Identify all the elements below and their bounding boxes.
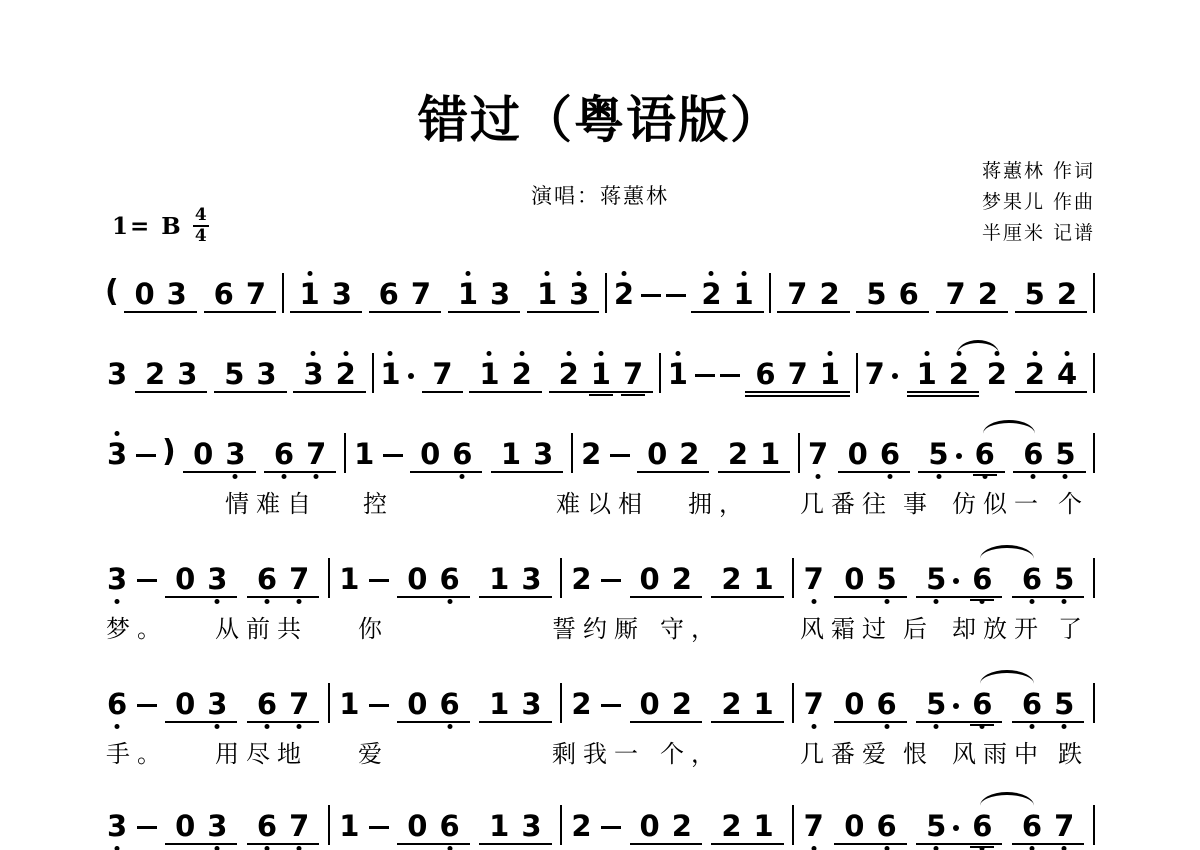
lyrics-line: 梦。从前共你誓约厮守，风霜过后却放开了 (0, 613, 1200, 647)
lyric-syllable: 情难自 (225, 488, 318, 520)
note-digit: 6 (257, 689, 277, 719)
note: 7 (304, 439, 328, 469)
note-digit: 0 (844, 689, 864, 719)
note-digit: 1 (339, 811, 359, 841)
note: 1 (499, 439, 523, 469)
note-digit: 5 (866, 279, 886, 309)
music-line: 323533217122171671712224 (105, 353, 1095, 393)
lyric-syllable: 拥， (688, 488, 750, 520)
beam-group: 13 (290, 279, 362, 313)
note-digit: 1 (734, 279, 754, 309)
note-digit: 0 (848, 439, 868, 469)
augmentation-dot (953, 703, 959, 709)
beam-group: 72 (936, 279, 1008, 313)
note-digit: 3 (107, 359, 127, 389)
note: 2 (699, 279, 723, 309)
duration-dash (137, 826, 157, 829)
note: 2 (947, 359, 971, 389)
high-octave-dot (1065, 351, 1070, 356)
lyric-syllable: 难以相 (556, 488, 649, 520)
high-octave-dot (465, 271, 470, 276)
note-digit: 6 (257, 564, 277, 594)
note: 1 (535, 279, 559, 309)
duration-dash (369, 826, 389, 829)
note-digit: 1 (300, 279, 320, 309)
lyric-syllable: 你 (358, 613, 389, 645)
beam-group: 13 (479, 811, 551, 845)
note-digit: 6 (257, 811, 277, 841)
note-digit: 2 (949, 359, 969, 389)
lyric-syllable: 梦。 (106, 613, 168, 645)
note: 2 (817, 279, 841, 309)
note-digit: 2 (728, 439, 748, 469)
duration-dash (666, 294, 686, 297)
note-digit: 3 (303, 359, 323, 389)
note: 7 (244, 279, 268, 309)
note-digit: 3 (207, 564, 227, 594)
note: 6 (970, 811, 994, 841)
beam-group: 65 (1013, 439, 1085, 473)
note: 2 (976, 279, 1000, 309)
note-digit: 7 (411, 279, 431, 309)
note: 0 (842, 564, 866, 594)
note: 0 (418, 439, 442, 469)
note: 3 (301, 359, 325, 389)
augmentation-dot (408, 373, 414, 379)
note-digit: 2 (721, 811, 741, 841)
note-digit: 2 (571, 689, 591, 719)
note-digit: 1 (489, 689, 509, 719)
low-octave-dot (934, 724, 939, 729)
note: 5 (1052, 564, 1076, 594)
note-digit: 6 (1022, 689, 1042, 719)
barline (560, 558, 562, 598)
note: 7 (786, 359, 810, 389)
note-digit: 5 (224, 359, 244, 389)
credit-lyricist: 蒋蕙林 作词 (982, 156, 1095, 187)
note: 3 (205, 564, 229, 594)
beam-group: 03 (165, 811, 237, 845)
note-digit: 7 (306, 439, 326, 469)
note: 1 (352, 439, 376, 473)
duration-dash (720, 374, 740, 377)
note: 6 (1020, 811, 1044, 841)
note-digit: 6 (1022, 811, 1042, 841)
low-octave-dot (115, 846, 120, 850)
low-octave-dot (980, 846, 985, 850)
note: 3 (519, 689, 543, 719)
note-digit: 5 (926, 564, 946, 594)
lyric-syllable: 几番爱 (800, 738, 893, 770)
note: 6 (377, 279, 401, 309)
high-octave-dot (621, 271, 626, 276)
lyric-syllable: 了 (1058, 613, 1089, 645)
low-octave-dot (934, 599, 939, 604)
note: 1 (589, 359, 613, 389)
note-digit: 7 (787, 279, 807, 309)
note: 0 (173, 689, 197, 719)
note: 6 (1021, 439, 1045, 469)
beam-group: 02 (630, 811, 702, 845)
high-octave-dot (519, 351, 524, 356)
barline (1093, 558, 1095, 598)
duration-dash (601, 579, 621, 582)
note-digit: 1 (339, 564, 359, 594)
note-digit: 3 (569, 279, 589, 309)
lyric-syllable: 风雨中 (952, 738, 1045, 770)
note: 2 (670, 564, 694, 594)
note: 3 (519, 564, 543, 594)
note: 3 (223, 439, 247, 469)
note-digit: 7 (289, 811, 309, 841)
barline (605, 273, 607, 313)
note: 0 (132, 279, 156, 309)
note-digit: 6 (899, 279, 919, 309)
key-label: 1= B (112, 215, 183, 238)
beam-group: 06 (834, 689, 906, 723)
low-octave-dot (934, 846, 939, 850)
duration-dash (695, 374, 715, 377)
note-digit: 7 (623, 359, 643, 389)
note: 7 (430, 359, 454, 389)
note: 6 (1020, 689, 1044, 719)
beam-group: 02 (630, 689, 702, 723)
low-octave-dot (215, 599, 220, 604)
beam-group: 67 (247, 689, 319, 723)
note-digit: 5 (926, 811, 946, 841)
note-digit: 7 (946, 279, 966, 309)
note: 1 (477, 359, 501, 389)
note-digit: 3 (207, 689, 227, 719)
note: 3 (175, 359, 199, 389)
note: 3 (567, 279, 591, 309)
note: 1 (752, 564, 776, 594)
note: 6 (255, 811, 279, 841)
barline (1093, 273, 1095, 313)
note-digit: 3 (490, 279, 510, 309)
note-digit: 7 (804, 811, 824, 841)
lyric-syllable: 仿似一 (952, 488, 1045, 520)
beam-group: 13 (479, 689, 551, 723)
note-digit: 7 (808, 439, 828, 469)
note: 6 (437, 564, 461, 594)
beam-group: 56 (916, 564, 1002, 598)
lyric-syllable: 风霜过 (800, 613, 893, 645)
note: 7 (785, 279, 809, 309)
note-digit: 0 (407, 564, 427, 594)
note: 0 (191, 439, 215, 469)
beam-group: 06 (834, 811, 906, 845)
note: 0 (846, 439, 870, 469)
note: 6 (874, 689, 898, 719)
low-octave-dot (447, 599, 452, 604)
note-digit: 2 (672, 564, 692, 594)
note-digit: 6 (972, 811, 992, 841)
duration-dash (383, 454, 403, 457)
lyric-syllable: 恨 (903, 738, 934, 770)
duration-dash (137, 579, 157, 582)
note: 1 (732, 279, 756, 309)
note: 2 (719, 811, 743, 841)
note: 1 (337, 564, 361, 598)
high-octave-dot (598, 351, 603, 356)
note-digit: 2 (819, 279, 839, 309)
note-digit: 6 (876, 689, 896, 719)
note-digit: 5 (926, 689, 946, 719)
note: 2 (557, 359, 581, 389)
key-time-signature: 1= B 4 4 (112, 207, 209, 245)
low-octave-dot (115, 599, 120, 604)
note: 5 (864, 279, 888, 309)
note-digit: 3 (332, 279, 352, 309)
note: 3 (205, 811, 229, 841)
note-digit: 4 (1057, 359, 1077, 389)
note-digit: 0 (420, 439, 440, 469)
lyric-syllable: 从前共 (215, 613, 308, 645)
low-octave-dot (816, 474, 821, 479)
note: 7 (409, 279, 433, 309)
duration-dash (136, 454, 156, 457)
low-octave-dot (811, 599, 816, 604)
note-digit: 2 (336, 359, 356, 389)
beam-group: 06 (397, 564, 469, 598)
note-digit: 0 (175, 811, 195, 841)
high-octave-dot (827, 351, 832, 356)
note: 1 (487, 689, 511, 719)
note-digit: 2 (978, 279, 998, 309)
note-digit: 5 (1055, 439, 1075, 469)
low-octave-dot (980, 724, 985, 729)
note: 3 (531, 439, 555, 469)
high-octave-dot (487, 351, 492, 356)
note-digit: 0 (640, 811, 660, 841)
low-octave-dot (811, 724, 816, 729)
note: 3 (254, 359, 278, 389)
note: 6 (255, 689, 279, 719)
note-digit: 6 (1023, 439, 1043, 469)
note-digit: 6 (880, 439, 900, 469)
beam-group: 67 (1012, 811, 1084, 845)
note-digit: 3 (256, 359, 276, 389)
duration-dash (369, 704, 389, 707)
note: 7 (944, 279, 968, 309)
low-octave-dot (215, 724, 220, 729)
note: 0 (405, 689, 429, 719)
beam-group: 56 (916, 689, 1002, 723)
slur-arc (980, 670, 1034, 684)
beam-group: 13 (527, 279, 599, 313)
note: 1 (666, 359, 690, 393)
low-octave-dot (460, 474, 465, 479)
low-octave-dot (115, 724, 120, 729)
note-digit: 2 (672, 689, 692, 719)
low-octave-dot (282, 474, 287, 479)
low-octave-dot (982, 474, 987, 479)
low-octave-dot (936, 474, 941, 479)
note: 6 (212, 279, 236, 309)
duration-dash (641, 294, 661, 297)
high-octave-dot (709, 271, 714, 276)
note: 1 (752, 689, 776, 719)
high-octave-dot (924, 351, 929, 356)
note: 6 (272, 439, 296, 469)
note: 1 (758, 439, 782, 469)
augmentation-dot (953, 578, 959, 584)
note: 5 (1023, 279, 1047, 309)
lyric-syllable: 个 (1058, 488, 1089, 520)
beam-group: 21 (711, 811, 783, 845)
lyric-syllable: 爱 (358, 738, 389, 770)
beam-group: 67 (247, 811, 319, 845)
note: 7 (287, 811, 311, 841)
note: 2 (569, 689, 593, 723)
lyric-syllable: 守， (660, 613, 722, 645)
barline (856, 353, 858, 393)
note: 6 (437, 689, 461, 719)
barline (282, 273, 284, 313)
note-digit: 2 (145, 359, 165, 389)
low-octave-dot (1030, 846, 1035, 850)
lyric-syllable: 控 (363, 488, 394, 520)
note: 1 (487, 811, 511, 841)
note: 6 (255, 564, 279, 594)
note-digit: 2 (581, 439, 601, 469)
note: 0 (842, 689, 866, 719)
time-numerator: 4 (195, 207, 207, 224)
note-digit: 7 (804, 564, 824, 594)
note-digit: 2 (571, 564, 591, 594)
note-digit: 0 (844, 564, 864, 594)
note: 1 (337, 811, 361, 845)
note: 0 (638, 689, 662, 719)
note: 1 (487, 564, 511, 594)
barline (792, 805, 794, 845)
note-digit: 6 (379, 279, 399, 309)
beam-group: 13 (491, 439, 563, 473)
note-digit: 1 (537, 279, 557, 309)
lyric-syllable: 用尽地 (215, 738, 308, 770)
note: 0 (645, 439, 669, 469)
note: 0 (638, 564, 662, 594)
note-digit: 1 (458, 279, 478, 309)
note: 1 (752, 811, 776, 841)
note: 3 (105, 564, 129, 598)
beam-group: 32 (293, 359, 365, 393)
note: 6 (1020, 564, 1044, 594)
low-octave-dot (265, 724, 270, 729)
lyric-syllable: 事 (903, 488, 934, 520)
high-octave-dot (1032, 351, 1037, 356)
beam-group: 12 (907, 359, 979, 393)
note: 6 (970, 564, 994, 594)
note: 6 (105, 689, 129, 723)
note: 2 (719, 689, 743, 719)
low-octave-dot (811, 846, 816, 850)
note-digit: 1 (820, 359, 840, 389)
note-digit: 6 (439, 689, 459, 719)
beam-group: 53 (214, 359, 286, 393)
beam-group: 06 (397, 811, 469, 845)
note-digit: 1 (754, 689, 774, 719)
note-digit: 3 (533, 439, 553, 469)
barline (560, 683, 562, 723)
note-digit: 1 (479, 359, 499, 389)
duration-dash (601, 704, 621, 707)
note: 1 (298, 279, 322, 309)
note: 2 (677, 439, 701, 469)
note-digit: 2 (571, 811, 591, 841)
note: 6 (753, 359, 777, 389)
beam-group: 56 (916, 811, 1002, 845)
beam-group: 06 (838, 439, 910, 473)
lyric-syllable: 后 (903, 613, 934, 645)
note: 2 (670, 689, 694, 719)
beam-group: 06 (410, 439, 482, 473)
note-digit: 6 (972, 689, 992, 719)
beam-group: 7 (422, 359, 462, 393)
note-digit: 1 (489, 811, 509, 841)
high-octave-dot (741, 271, 746, 276)
slur-arc (957, 340, 999, 354)
note-digit: 5 (1054, 689, 1074, 719)
note: 7 (287, 689, 311, 719)
beam-group: 671 (745, 359, 850, 393)
beam-group: 06 (397, 689, 469, 723)
beam-group: 217 (549, 359, 654, 393)
note-digit: 2 (1057, 279, 1077, 309)
note: 6 (973, 439, 997, 469)
time-signature: 4 4 (193, 207, 209, 245)
beam-group: 67 (204, 279, 276, 313)
note: 5 (924, 689, 962, 719)
note-digit: 0 (407, 811, 427, 841)
note-digit: 6 (214, 279, 234, 309)
note: 3 (488, 279, 512, 309)
beam-group: 52 (1015, 279, 1087, 313)
beam-group: 03 (183, 439, 255, 473)
note: 2 (579, 439, 603, 473)
augmentation-dot (956, 453, 962, 459)
note: 1 (818, 359, 842, 389)
note-digit: 7 (246, 279, 266, 309)
note: 1 (337, 689, 361, 723)
augmentation-dot (953, 825, 959, 831)
low-octave-dot (980, 599, 985, 604)
note: 5 (924, 564, 962, 594)
beam-group: 21 (711, 564, 783, 598)
note: 5 (1053, 439, 1077, 469)
low-octave-dot (314, 474, 319, 479)
note-digit: 2 (987, 359, 1007, 389)
note-digit: 3 (521, 689, 541, 719)
note-digit: 0 (844, 811, 864, 841)
low-octave-dot (884, 724, 889, 729)
note-digit: 2 (721, 564, 741, 594)
note-digit: 3 (225, 439, 245, 469)
note: 0 (842, 811, 866, 841)
note: 3 (205, 689, 229, 719)
lyric-syllable: 跌 (1058, 738, 1089, 770)
note-digit: 1 (754, 564, 774, 594)
note: 2 (612, 279, 636, 313)
note: 0 (405, 564, 429, 594)
high-octave-dot (311, 351, 316, 356)
note: 2 (726, 439, 750, 469)
note-digit: 0 (193, 439, 213, 469)
lyric-syllable: 手。 (106, 738, 168, 770)
note-digit: 3 (107, 439, 127, 469)
low-octave-dot (297, 599, 302, 604)
